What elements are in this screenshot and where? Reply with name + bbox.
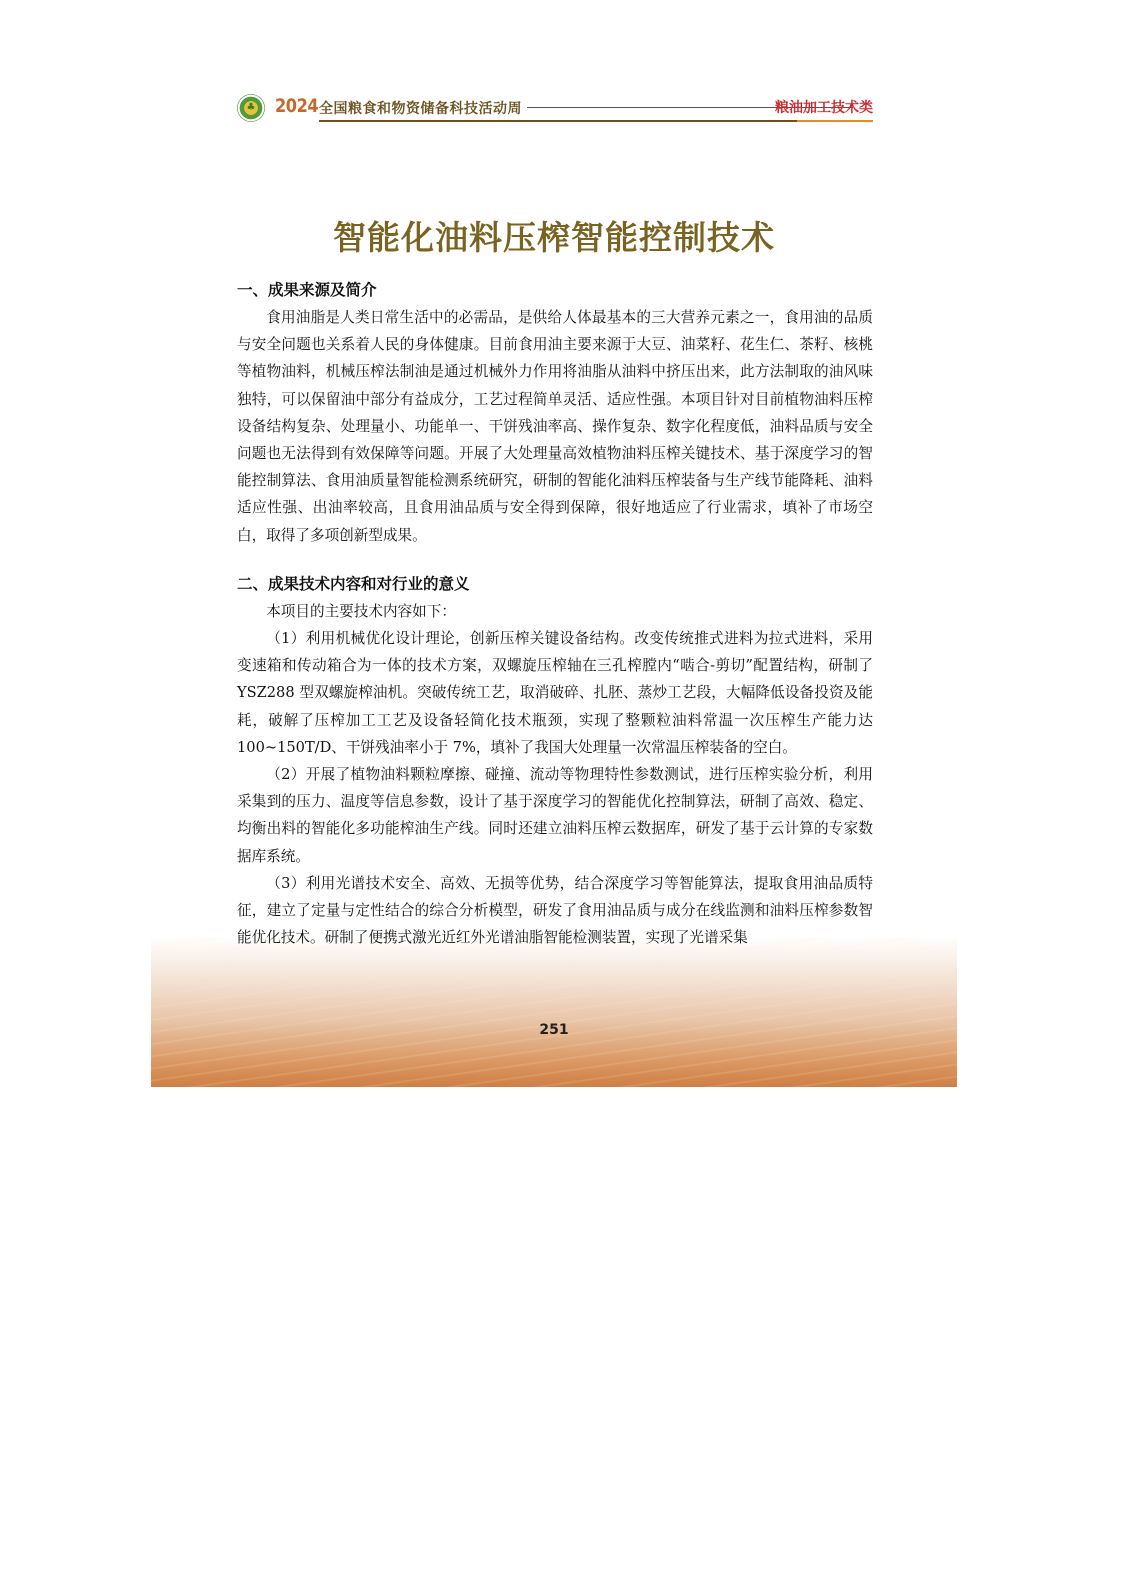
section-heading: 一、成果来源及简介	[237, 277, 873, 304]
header-underline-orange	[797, 120, 873, 122]
footer-decorative-background	[151, 937, 957, 1087]
paragraph: （1）利用机械优化设计理论，创新压榨关键设备结构。改变传统推式进料为拉式进料，采…	[237, 625, 873, 761]
document-body: 一、成果来源及简介 食用油脂是人类日常生活中的必需品，是供给人体最基本的三大营养…	[237, 277, 873, 951]
paragraph: （3）利用光谱技术安全、高效、无损等优势，结合深度学习等智能算法，提取食用油品质…	[237, 870, 873, 952]
paragraph: （2）开展了植物油料颗粒摩擦、碰撞、流动等物理特性参数测试，进行压榨实验分析，利…	[237, 761, 873, 870]
wheat-icon: ♣	[246, 101, 256, 115]
section-heading: 二、成果技术内容和对行业的意义	[237, 571, 873, 598]
running-header: ♣ 2024 全国粮食和物资储备科技活动周 粮油加工技术类	[237, 92, 873, 124]
header-category: 粮油加工技术类	[775, 97, 873, 117]
paragraph: 食用油脂是人类日常生活中的必需品，是供给人体最基本的三大营养元素之一，食用油的品…	[237, 304, 873, 549]
page-number: 251	[151, 1022, 957, 1038]
header-event-title: 全国粮食和物资储备科技活动周	[319, 98, 522, 118]
grain-emblem-icon: ♣	[237, 94, 265, 122]
header-underline-brown	[319, 120, 797, 122]
document-page: ♣ 2024 全国粮食和物资储备科技活动周 粮油加工技术类 智能化油料压榨智能控…	[151, 0, 957, 1087]
header-year: 2024	[275, 95, 318, 117]
document-title: 智能化油料压榨智能控制技术	[151, 212, 957, 259]
paragraph: 本项目的主要技术内容如下：	[237, 598, 873, 625]
